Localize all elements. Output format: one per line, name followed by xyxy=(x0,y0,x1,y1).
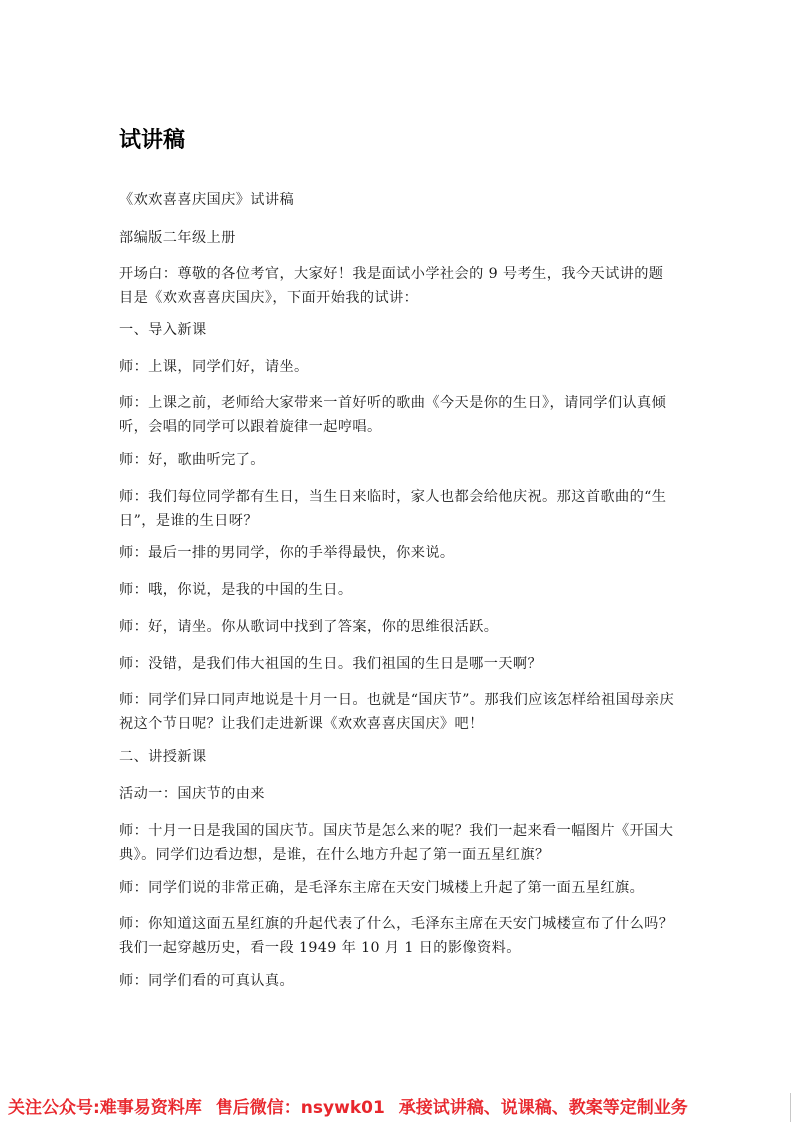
paragraph: 师：同学们异口同声地说是十月一日。也就是“国庆节”。那我们应该怎样给祖国母亲庆祝… xyxy=(119,688,675,736)
footer-wechat-text: 售后微信：nsywk01 xyxy=(216,1098,385,1118)
paragraph: 二、讲授新课 xyxy=(119,745,675,769)
paragraph: 师：好，歌曲听完了。 xyxy=(119,448,675,472)
paragraph: 师：同学们说的非常正确，是毛泽东主席在天安门城楼上升起了第一面五星红旗。 xyxy=(119,876,675,900)
paragraph: 一、导入新课 xyxy=(119,318,675,342)
footer-account-text: 关注公众号:难事易资料库 xyxy=(8,1098,202,1118)
paragraph: 《欢欢喜喜庆国庆》试讲稿 xyxy=(119,188,675,212)
paragraph: 师：哦，你说，是我的中国的生日。 xyxy=(119,578,675,602)
paragraph: 师：你知道这面五星红旗的升起代表了什么，毛泽东主席在天安门城楼宣布了什么吗？我们… xyxy=(119,912,675,960)
paragraph: 师：好，请坐。你从歌词中找到了答案，你的思维很活跃。 xyxy=(119,615,675,639)
document-page: 试讲稿 《欢欢喜喜庆国庆》试讲稿部编版二年级上册开场白：尊敬的各位考官，大家好！… xyxy=(0,0,793,1122)
footer-service-text: 承接试讲稿、说课稿、教案等定制业务 xyxy=(399,1098,688,1118)
paragraph: 师：十月一日是我国的国庆节。国庆节是怎么来的呢？我们一起来看一幅图片《开国大典》… xyxy=(119,819,675,867)
document-title: 试讲稿 xyxy=(119,126,185,156)
paragraph: 师：上课，同学们好，请坐。 xyxy=(119,355,675,379)
paragraph: 师：最后一排的男同学，你的手举得最快，你来说。 xyxy=(119,541,675,565)
paragraph: 师：上课之前，老师给大家带来一首好听的歌曲《今天是你的生日》，请同学们认真倾听，… xyxy=(119,391,675,439)
paragraph: 师：同学们看的可真认真。 xyxy=(119,969,675,993)
paragraph: 师：没错，是我们伟大祖国的生日。我们祖国的生日是哪一天啊？ xyxy=(119,652,675,676)
paragraph: 部编版二年级上册 xyxy=(119,226,675,250)
paragraph: 活动一：国庆节的由来 xyxy=(119,782,675,806)
page-edge-divider xyxy=(790,1093,791,1122)
paragraph: 开场白：尊敬的各位考官，大家好！我是面试小学社会的 9 号考生，我今天试讲的题目… xyxy=(119,262,675,310)
promo-footer-banner: 关注公众号:难事易资料库售后微信：nsywk01承接试讲稿、说课稿、教案等定制业… xyxy=(8,1096,688,1120)
paragraph: 师：我们每位同学都有生日，当生日来临时，家人也都会给他庆祝。那这首歌曲的“生日”… xyxy=(119,485,675,533)
